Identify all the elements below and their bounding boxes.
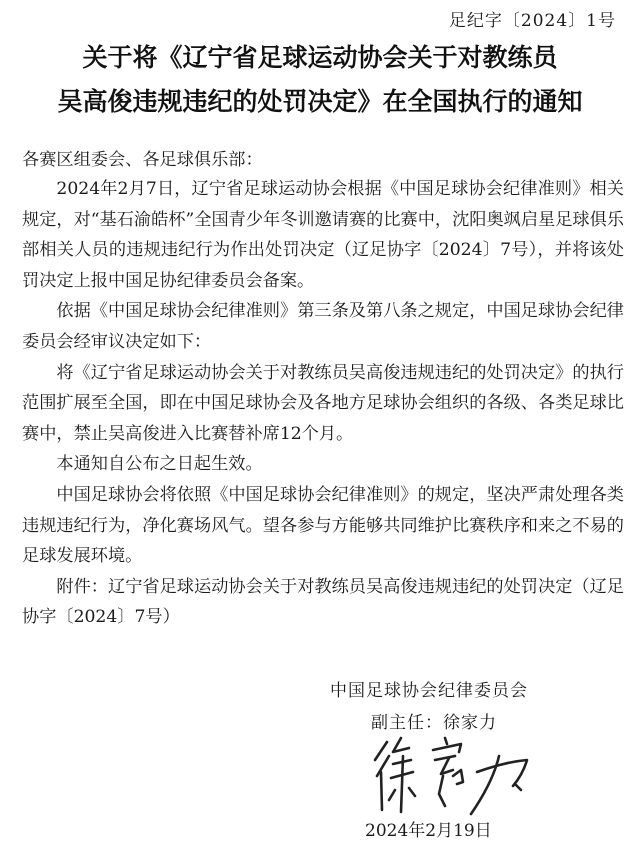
document-body: 2024年2月7日，辽宁省足球运动协会根据《中国足球协会纪律准则》相关规定，对“… — [22, 174, 624, 633]
signing-organization: 中国足球协会纪律委员会 — [330, 676, 528, 701]
paragraph-6-attachment: 附件：辽宁省足球运动协会关于对教练员吴高俊违规违纪的处罚决定（辽足协字〔2024… — [22, 572, 624, 633]
salutation: 各赛区组委会、各足球俱乐部： — [22, 145, 263, 170]
handwritten-signature-icon — [365, 730, 545, 820]
paragraph-3: 将《辽宁省足球运动协会关于对教练员吴高俊违规违纪的处罚决定》的执行范围扩展至全国… — [22, 358, 624, 450]
document-number: 足纪字〔2024〕1号 — [449, 6, 616, 31]
document-title-line-2: 吴高俊违规违纪的处罚决定》在全国执行的通知 — [0, 82, 640, 118]
document-title-line-1: 关于将《辽宁省足球运动协会关于对教练员 — [0, 38, 640, 74]
paragraph-5: 中国足球协会将依照《中国足球协会纪律准则》的规定，坚决严肃处理各类违规违纪行为，… — [22, 480, 624, 572]
paragraph-2: 依据《中国足球协会纪律准则》第三条及第八条之规定，中国足球协会纪律委员会经审议决… — [22, 296, 624, 357]
document-date: 2024年2月19日 — [365, 816, 492, 841]
paragraph-4: 本通知自公布之日起生效。 — [22, 449, 624, 480]
paragraph-1: 2024年2月7日，辽宁省足球运动协会根据《中国足球协会纪律准则》相关规定，对“… — [22, 174, 624, 296]
